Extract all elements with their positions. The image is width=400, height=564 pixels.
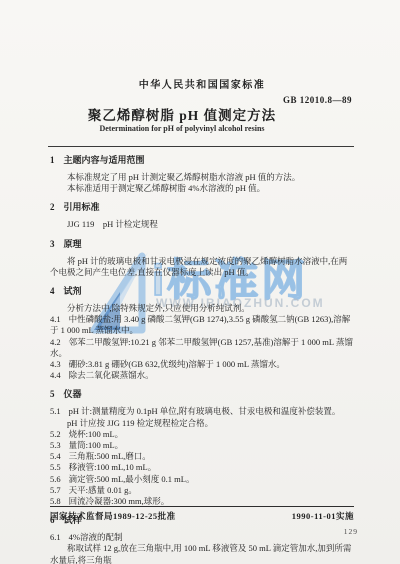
section-title: 仪器 — [64, 389, 82, 399]
section-heading: 4试剂 — [50, 286, 354, 297]
clause: 4.3硼砂:3.81 g 硼砂(GB 632,优级纯)溶解于 1 000 mL … — [50, 359, 354, 370]
clause-number: 5.2 — [50, 429, 61, 439]
clause-text: 4%溶液的配制 — [69, 532, 123, 542]
document-footer: 国家技术监督局1989-12-25批准 1990-11-01实施 — [50, 506, 354, 522]
clause: 4.1中性磷酸盐:用 3.40 g 磷酸二氢钾(GB 1274),3.55 g … — [50, 314, 354, 336]
clause-number: 4.4 — [50, 370, 61, 380]
section-instruments: 5仪器 5.1pH 计:测量精度为 0.1pH 单位,附有玻璃电极、甘汞电极和温… — [50, 389, 354, 507]
clause-text: 邻苯二甲酸氢钾:10.21 g 邻苯二甲酸氢钾(GB 1257,基准)溶解于 1… — [50, 337, 353, 358]
clause-number: 6.1 — [50, 532, 61, 542]
clause-number: 5.8 — [50, 496, 61, 506]
section-number: 3 — [50, 239, 55, 249]
clause: 6.14%溶液的配制 — [50, 532, 354, 543]
clause-number: 4.1 — [50, 314, 61, 324]
document-title-cn: 聚乙烯醇树脂 pH 值测定方法 — [50, 104, 314, 124]
section-title: 试剂 — [64, 286, 82, 296]
clause: 5.7天平:感量 0.01 g。 — [50, 485, 354, 496]
clause: 4.2邻苯二甲酸氢钾:10.21 g 邻苯二甲酸氢钾(GB 1257,基准)溶解… — [50, 337, 354, 359]
clause: 5.5移液管:100 mL,10 mL。 — [50, 462, 354, 473]
clause-number: 5.1 — [50, 406, 61, 416]
section-number: 4 — [50, 286, 55, 296]
clause: 5.1pH 计:测量精度为 0.1pH 单位,附有玻璃电极、甘汞电极和温度补偿装… — [50, 406, 354, 417]
document-title-en: Determination for pH of polyvinyl alcoho… — [50, 124, 314, 133]
section-reagents: 4试剂 分析方法中,除特殊规定外,只应使用分析纯试剂。 4.1中性磷酸盐:用 3… — [50, 286, 354, 381]
clause-text: 量筒:100 mL。 — [69, 440, 124, 450]
section-heading: 1主题内容与适用范围 — [50, 155, 354, 166]
document-header: 中华人民共和国国家标准 GB 12010.8—89 聚乙烯醇树脂 pH 值测定方… — [50, 0, 354, 147]
clause-text: 移液管:100 mL,10 mL。 — [69, 462, 157, 472]
clause: 5.4三角瓶:500 mL,磨口。 — [50, 451, 354, 462]
clause-number: 5.3 — [50, 440, 61, 450]
clause-number: 5.4 — [50, 451, 61, 461]
paragraph: 分析方法中,除特殊规定外,只应使用分析纯试剂。 — [50, 303, 354, 314]
section-number: 5 — [50, 389, 55, 399]
section-number: 2 — [50, 202, 55, 212]
clause-number: 5.5 — [50, 462, 61, 472]
section-references: 2引用标准 JJG 119 pH 计检定规程 — [50, 202, 354, 230]
section-title: 主题内容与适用范围 — [64, 155, 145, 165]
clause: 5.6滴定管:500 mL,最小刻度 0.1 mL。 — [50, 474, 354, 485]
clause-text: 三角瓶:500 mL,磨口。 — [69, 451, 151, 461]
section-heading: 5仪器 — [50, 389, 354, 400]
clause-text: 除去二氧化碳蒸馏水。 — [69, 370, 154, 380]
clause-text: 回流冷凝器:300 mm,球形。 — [69, 496, 170, 506]
clause-text: pH 计:测量精度为 0.1pH 单位,附有玻璃电极、甘汞电极和温度补偿装置。 — [69, 406, 341, 416]
section-sample: 6试样 6.14%溶液的配制 称取试样 12 g,放在三角瓶中,用 100 mL… — [50, 515, 354, 564]
section-heading: 3原理 — [50, 239, 354, 250]
clause-text: 滴定管:500 mL,最小刻度 0.1 mL。 — [69, 474, 195, 484]
section-number: 1 — [50, 155, 55, 165]
clause-number: 4.2 — [50, 337, 61, 347]
scanned-standard-document-page: i标准网 WWW.IBIAOZHUN.COM 中华人民共和国国家标准 GB 12… — [0, 0, 400, 564]
national-standard-label: 中华人民共和国国家标准 — [50, 76, 354, 91]
section-scope: 1主题内容与适用范围 本标准规定了用 pH 计测定聚乙烯醇树脂水溶液 pH 值的… — [50, 155, 354, 194]
clause-number: 5.7 — [50, 485, 61, 495]
paragraph: 将 pH 计的玻璃电极和甘汞电极浸在规定浓度的聚乙烯醇树脂水溶液中,在两个电极之… — [50, 256, 354, 278]
paragraph: JJG 119 pH 计检定规程 — [50, 219, 354, 230]
section-principle: 3原理 将 pH 计的玻璃电极和甘汞电极浸在规定浓度的聚乙烯醇树脂水溶液中,在两… — [50, 239, 354, 278]
clause-continuation: pH 计应按 JJG 119 检定规程检定合格。 — [50, 418, 354, 429]
page-number: 129 — [344, 527, 358, 536]
clause: 5.2烧杯:100 mL。 — [50, 429, 354, 440]
clause-text: 天平:感量 0.01 g。 — [69, 485, 137, 495]
section-heading: 2引用标准 — [50, 202, 354, 213]
section-title: 原理 — [64, 239, 82, 249]
paragraph: 本标准适用于测定聚乙烯醇树脂 4%水溶液的 pH 值。 — [50, 183, 354, 194]
section-title: 引用标准 — [64, 202, 100, 212]
clause: 4.4除去二氧化碳蒸馏水。 — [50, 370, 354, 381]
implementation-text: 1990-11-01实施 — [292, 510, 354, 522]
clause: 5.3量筒:100 mL。 — [50, 440, 354, 451]
clause-number: 5.6 — [50, 474, 61, 484]
approval-text: 国家技术监督局1989-12-25批准 — [50, 510, 176, 522]
paragraph: 本标准规定了用 pH 计测定聚乙烯醇树脂水溶液 pH 值的方法。 — [50, 172, 354, 183]
clause-text: 中性磷酸盐:用 3.40 g 磷酸二氢钾(GB 1274),3.55 g 磷酸氢… — [50, 314, 350, 335]
header-rule — [48, 146, 354, 147]
document-content: 中华人民共和国国家标准 GB 12010.8—89 聚乙烯醇树脂 pH 值测定方… — [0, 0, 400, 564]
clause-text: 硼砂:3.81 g 硼砂(GB 632,优级纯)溶解于 1 000 mL 蒸馏水… — [69, 359, 285, 369]
paragraph: 称取试样 12 g,放在三角瓶中,用 100 mL 移液管及 50 mL 滴定管… — [50, 543, 354, 564]
clause-number: 4.3 — [50, 359, 61, 369]
clause-text: 烧杯:100 mL。 — [69, 429, 124, 439]
